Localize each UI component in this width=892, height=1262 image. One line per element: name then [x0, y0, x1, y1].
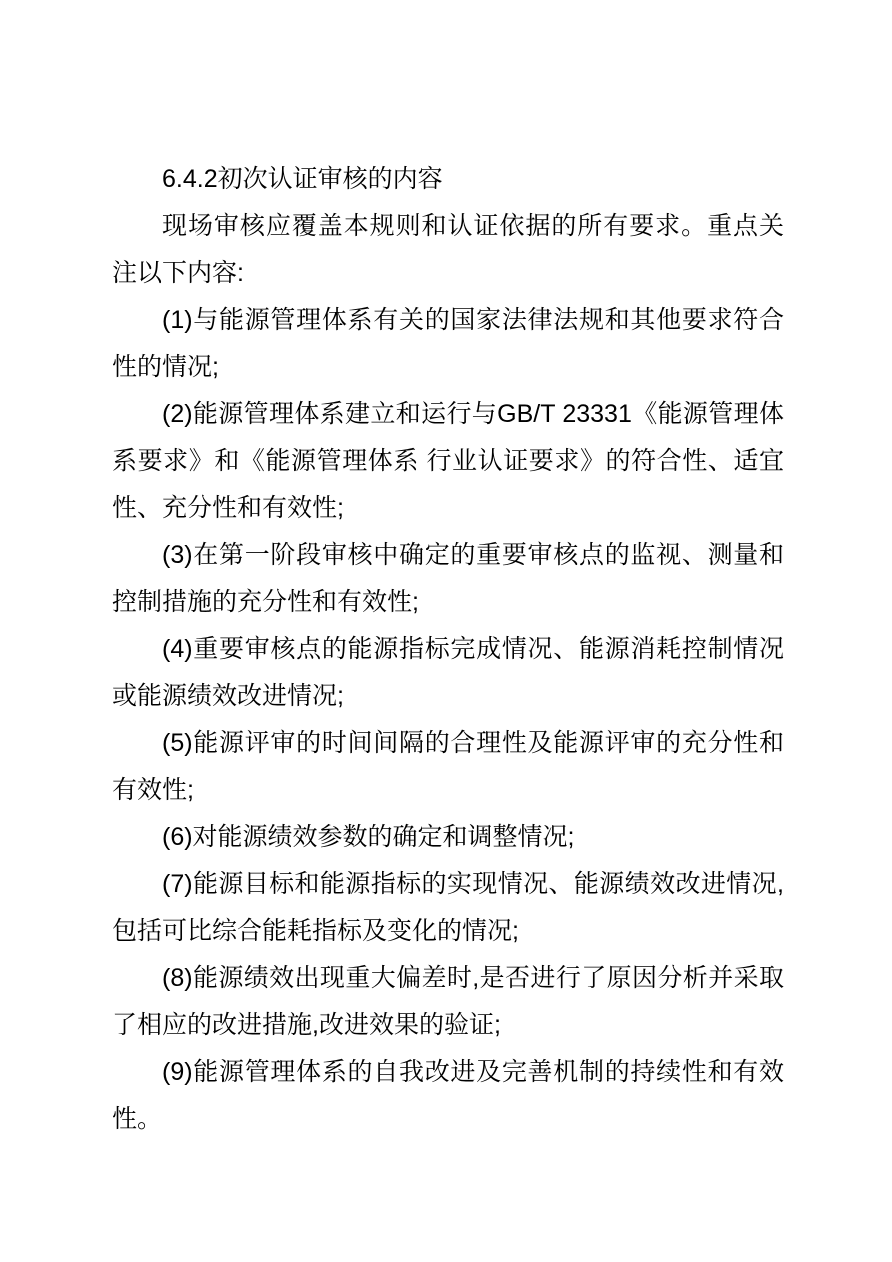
- paragraph: (9)能源管理体系的自我改进及完善机制的持续性和有效性。: [112, 1049, 784, 1143]
- paragraph: (7)能源目标和能源指标的实现情况、能源绩效改进情况,包括可比综合能耗指标及变化…: [112, 861, 784, 955]
- paragraph: (6)对能源绩效参数的确定和调整情况;: [112, 814, 784, 861]
- document-content: 6.4.2初次认证审核的内容 现场审核应覆盖本规则和认证依据的所有要求。重点关注…: [112, 156, 784, 1143]
- paragraph: (1)与能源管理体系有关的国家法律法规和其他要求符合性的情况;: [112, 297, 784, 391]
- section-heading: 6.4.2初次认证审核的内容: [112, 156, 784, 203]
- paragraph: (3)在第一阶段审核中确定的重要审核点的监视、测量和控制措施的充分性和有效性;: [112, 532, 784, 626]
- document-page: 6.4.2初次认证审核的内容 现场审核应覆盖本规则和认证依据的所有要求。重点关注…: [0, 0, 892, 1262]
- paragraph: (8)能源绩效出现重大偏差时,是否进行了原因分析并采取了相应的改进措施,改进效果…: [112, 955, 784, 1049]
- paragraph: (4)重要审核点的能源指标完成情况、能源消耗控制情况或能源绩效改进情况;: [112, 626, 784, 720]
- paragraph: 现场审核应覆盖本规则和认证依据的所有要求。重点关注以下内容:: [112, 203, 784, 297]
- paragraph-list: 现场审核应覆盖本规则和认证依据的所有要求。重点关注以下内容:(1)与能源管理体系…: [112, 203, 784, 1143]
- paragraph: (2)能源管理体系建立和运行与GB/T 23331《能源管理体系要求》和《能源管…: [112, 391, 784, 532]
- paragraph: (5)能源评审的时间间隔的合理性及能源评审的充分性和有效性;: [112, 720, 784, 814]
